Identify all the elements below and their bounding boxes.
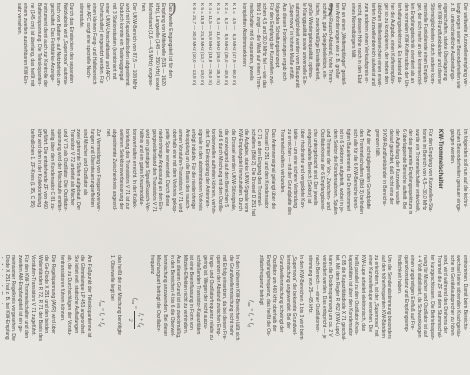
text-line: sche im Gerätelautsprecher zu hören: [448, 255, 455, 372]
text-line: darauf geachtet, daß nicht eins der: [387, 129, 394, 246]
text-line: len Empfangstechnik orientiert als an: [409, 3, 416, 120]
paragraph: Der weltweite Kurzwellenempfang ver-lang…: [349, 3, 468, 120]
text-line: geschaltet. Das Feldstärke-Anzeige-: [48, 3, 55, 120]
text-line: langt wegen seiner Besonderheiten wie: [455, 3, 462, 120]
text-line: schen 4,5 und 30,0 MHz fiel — wie das: [261, 3, 268, 120]
text-line: einen ungünstigen Einfluß auf Fre-: [409, 255, 416, 372]
text-line: gangen werden.: [448, 129, 455, 246]
text-line: Auf der schrägliegenden Grundplatte: [364, 129, 371, 246]
text-line: geführt. Die entstehende ZF von 460: [42, 129, 49, 246]
text-line: lenmischung anzuwenden. Bei dieser: [161, 255, 168, 372]
text-line: eigenschaften, starke Überlagerung: [442, 3, 449, 120]
text-line: gering ist. Wegen der nicht auszu-: [201, 255, 208, 372]
text-line: Die Regelspannung (AVR) wird über: [49, 255, 56, 372]
text-line: Um die Senderabstimmung besonders: [386, 255, 393, 372]
text-line: und V 73 als Oszillator. Die Oszillator-: [62, 129, 69, 246]
text-line: wird mit Kapazitätsdioden abgestimmt.: [124, 3, 131, 120]
text-line: kapazitäten ist über den Kondensator: [346, 255, 353, 372]
scanned-page: ) ) Der weltweite Kurzwellenempfang ver-…: [0, 0, 470, 375]
text-line: des Trommelschalters (Bild 3) befinden: [358, 129, 365, 246]
text-line: Störmöglichkeiten durch andere kom-: [428, 3, 435, 120]
paragraph: Auf der schrägliegenden Grundplattedes T…: [279, 129, 371, 246]
text-line: pelte Spule verwendet. Durch diese: [163, 129, 170, 246]
text-line: melschalter mit 6 separaten, jeweils: [247, 3, 254, 120]
text-line: takte — um eine sichere Verbindung: [292, 129, 299, 246]
text-line: sind Mischer und Oszillator als: [81, 129, 88, 246]
text-line: Empfangsfrequenz, das heißt die Os-: [264, 255, 271, 372]
text-line: 1. Oberwelle liegt bei: [109, 255, 116, 372]
text-line: mit Erfolg einsetzen, da bei diesen Fre-: [221, 255, 228, 372]
text-line: die Glimmlampe LP 453 angeordnet.: [79, 255, 86, 372]
text-line: zweiten AM-Empfangsteil ist ein ge-: [16, 255, 23, 372]
text-line: Diode X 251 hat z. B. bei KW-Empfang: [3, 255, 10, 372]
text-line: Zur Vermeidung von Frequenzverwer-: [95, 129, 102, 246]
text-line: Signal-Rausch-Abstand, hohe Trenn-: [327, 3, 334, 120]
text-line: kHz), Langwelle (148 — 350 kHz) sowie: [153, 3, 160, 120]
text-line: Vorstufen-Transistors V 71 zugeführt.: [29, 255, 36, 372]
text-line: die Aufgabe, die Regelspannung von: [2, 255, 3, 372]
text-line: Grundwellenmischung schwingt der: [277, 255, 284, 372]
text-line: ger so zu konzipieren, der neben den: [382, 3, 389, 120]
text-line: den normalen KW-Kofferradios der Un-: [402, 3, 409, 120]
text-line: reicht, dessen Höhe noch in den Etat: [356, 3, 363, 120]
text-line: ab, die zu Durchschlägen der Vorstu-: [65, 255, 72, 372]
text-line: signale in den abstimmbaren Vorkreis: [196, 129, 203, 246]
text-line: quenzen der Abstand zwischen Emp-: [214, 255, 221, 372]
text-line: + 4 Volt stabilisiert, da Schwankungen: [415, 255, 422, 372]
text-line: ne (145 cm) ist überlang, das heißt mit: [28, 3, 35, 120]
text-line: In den KW-Bereichen 1 bis 3 wird beim: [297, 255, 304, 372]
text-line: Im folgenden soll nun auf die techni-: [461, 129, 468, 246]
text-line: die Aufgabe, starke UKW-Signale vom: [243, 129, 250, 246]
text-line: ger, der sich mehr an der kommerziel-: [415, 3, 422, 120]
table-row: K 2 = 6,2 — 8,5 MHz (35,0 — 48,5 m): [222, 3, 230, 120]
text-column-3: entnommen. Damit beim Bereichs-wechsel k…: [2, 255, 468, 372]
text-line: tionen im Bereich von 4,5—30,0 MHz: [420, 129, 427, 246]
paragraph: Das Antennensignal gelangt über dieDross…: [104, 129, 275, 246]
text-line: einer Kurzwellenlupe versehen. Die: [366, 255, 373, 372]
text-line: Für den KW-Trommelschalter und den: [23, 255, 30, 372]
text-line: Netzkabels wird „Supernova“ automa-: [61, 3, 68, 120]
text-line: Für den Empfang der Kurzwellen zwi-: [267, 3, 274, 120]
text-line: zwei getrennte Stufen aufgebaut. Der: [75, 129, 82, 246]
text-line: sich alle für die 6 KW-Bereiche benö-: [351, 129, 358, 246]
text-line: stimmstufe.: [78, 3, 85, 120]
text-line: her die Aufgabe, einen Kofferempfän-: [389, 3, 396, 120]
table-row: K 3 = 8,4 — 11,6 MHz (26,0 — 35,5 m): [214, 3, 222, 120]
text-line: Batteriespannung. Die Teleskopanten-: [35, 3, 42, 120]
section-heading: KW-Trommelschalter: [437, 129, 443, 246]
text-line: z. B. unterschiedliche Ausbreitungs-: [448, 3, 455, 120]
paragraph: Am Fußpunkt der Teleskopantenne istdie G…: [59, 255, 92, 372]
text-line: Widerständen R 72, R 71 der Basis des: [36, 255, 43, 372]
text-line: Das zweite Eingangsteil ist für den: [166, 3, 173, 120]
text-line: grenzen fällt.: [374, 129, 381, 246]
text-line: kann die Diodenspannung um ca. 2 V: [327, 255, 334, 372]
text-line: findlichkeit haben.: [395, 255, 402, 372]
text-line: nung für Mischer und Oszillator ist auf: [422, 255, 429, 372]
text-line: wurde ein Trommelschalter entwickelt,: [413, 129, 420, 246]
text-line: Das Antennensignal gelangt über die: [269, 129, 276, 246]
text-line: heißt parallel zu den Oszillator-Kreis-: [353, 255, 360, 372]
paragraph: Der UKW-Bereich von 87,5 — 108 MHzwird m…: [78, 3, 137, 120]
text-line: kompletten Abstimmsektoren:: [241, 3, 248, 120]
text-line: wird ein günstiges Signal/Rausch-Ver-: [144, 129, 151, 246]
text-line: auf den höherfrequenten KW-Bändern: [379, 255, 386, 372]
text-line: die Grundwellenmischung nicht mehr: [227, 255, 234, 372]
text-line: lenmischung angewendet. Bei der: [284, 255, 291, 372]
text-line: Die an einen „Weltempfänger“ gestell-: [340, 3, 347, 120]
screenshot-viewport: ) ) Der weltweite Kurzwellenempfang ver-…: [0, 0, 470, 375]
table-brace-mark: ): [170, 3, 182, 18]
text-line: entnommen. Damit beim Bereichs-: [461, 255, 468, 372]
text-line: 6 überlappende Bereiche aufteilt. Bei: [400, 129, 407, 246]
text-line: Empfang von Mittelwelle (515 — 1620: [160, 3, 167, 120]
text-line: Der weltweite Kurzwellenempfang ver-: [461, 3, 468, 120]
text-line: einer UKW-Umschalttaste und AFC-: [104, 3, 111, 120]
text-line: erfolgt induktiv. Für die niederohmige: [190, 129, 197, 246]
text-line: über rhodinierte und vergoldete Kon-: [298, 129, 305, 246]
text-line: Durch das Einstecken des separaten: [68, 3, 75, 120]
text-line: einem zweiten ausziehbaren KW-Ein-: [22, 3, 29, 120]
text-line: stimmung von 25—65 kHz.: [307, 255, 314, 372]
text-line: gangswiderstand des Transistors V 71: [150, 129, 157, 246]
text-line: meinsamer Regelkreis vorgesehen. Die: [10, 255, 17, 372]
text-line: Am Fußpunkt der Teleskopantenne ist: [85, 255, 92, 372]
text-line: satzmöglichkeit werden vom Blaupunkt: [294, 3, 301, 120]
text-line: fache, zweckmäßige Einstellbarkeit,: [313, 3, 320, 120]
paragraph: In den höheren KW-Bereichen läßt sichdie…: [148, 255, 240, 372]
text-line: kHz wird dem in der Kollektorleitung: [35, 129, 42, 246]
text-line: zum anderen einen Verkaufspreis er-: [363, 3, 370, 120]
text-line: Trommel die ZF mit dem Stummschal-: [435, 255, 442, 372]
text-line: wechsel keine störenden Krachgeräu-: [455, 255, 462, 372]
paragraph: Im folgenden soll nun auf die techni-sch…: [448, 129, 468, 246]
text-line: In den höheren KW-Bereichen läßt sich: [234, 255, 241, 372]
text-line: in den Bereichen 4 bis 6 die Oberwel-: [168, 255, 175, 372]
text-line: tet. Mit dem Regler R 452 (KW-Lupe): [333, 255, 340, 372]
text-line: tisch von Batterie- auf Netzbetrieb um-: [55, 3, 62, 120]
text-line: zillatorfrequenz beträgt: [258, 255, 265, 372]
text-line: torleitung des Transistors V 71 ist zur: [124, 129, 131, 246]
text-line: KW-Lupe arbeitet elektronisch, das: [360, 255, 367, 372]
table-row: K 4 = 11,5 — 15,9 MHz (18,8 — 26,0 m): [206, 3, 214, 120]
text-line: eingeschaltete Bereich (Sektor) ist: [305, 129, 312, 246]
text-line: fangs- und Oszillatorfrequenz relativ zu: [208, 255, 215, 372]
text-line: „Supernova“ die bekannte Grundwel-: [291, 255, 298, 372]
text-line: große Wiedergabequalität, optima-: [307, 3, 314, 120]
text-line: quenzkonstanz und Empfangsemp-: [402, 255, 409, 372]
text-line: oberhalb eine mit dem Vorkreis gekop-: [170, 129, 177, 246]
text-line: sind, wird während des Drehens der: [442, 255, 449, 372]
text-line: einen kleinen Fang- und Haltebereich: [91, 3, 98, 120]
text-line: Aus diesen Forderungen ergab sich: [280, 3, 287, 120]
text-line: Trommelschalters verbunden.: [279, 129, 286, 246]
text-line: le Klangqualität sowie universelle Ein-: [300, 3, 307, 120]
text-line: die vorwiegend auf den Bereichen 5: [223, 129, 230, 246]
paragraph: Durch das Einstecken des separatenNetzka…: [15, 3, 74, 120]
text-column-2: Im folgenden soll nun auf die techni-sch…: [2, 129, 468, 246]
text-line: niederohmige Anpassung an den Ein-: [157, 129, 164, 246]
text-line: Drossel D 251 und den Kondensator: [262, 129, 269, 246]
text-line: 9 KW-Rundfunkbänder in Bereichs-: [380, 129, 387, 246]
text-line: fentransistoren führen können.: [59, 255, 66, 372]
text-line: armen Vorstufen-Transistors V 71 wird: [177, 129, 184, 246]
text-line: schließenden Transistor-Kapazitäten: [194, 255, 201, 372]
text-line: instrument dient auch zur Kontrolle der: [42, 3, 49, 120]
text-line: Oszillatorkreise der 6 Empfangsberei-: [318, 129, 325, 246]
formula: fosz =fe + fzf2: [126, 255, 144, 372]
text-line: verändert werden. Das entspricht — je: [320, 255, 327, 372]
text-line: Drehschalter) eingesetzt werden. Für: [97, 3, 104, 120]
text-line: und Trimmer der Vor-, Zwischen- und: [325, 129, 332, 246]
text-line: C 71 an den Eingang des Trommel-: [256, 129, 263, 246]
text-line: Oszillator um 460 kHz oberhalb der: [271, 255, 278, 372]
formula: fosz = fe + fzf: [244, 255, 253, 372]
text-line: Bild 1 zeigt — die Wahl auf einen Trom-: [254, 3, 261, 120]
text-line: terhaltungselektronik. Es bestand da-: [395, 3, 402, 120]
text-line: Mischungsart beträgt die Oszillator-: [155, 255, 162, 372]
text-line: schalters (Bild 2). Die Drossel D 251 ha…: [249, 129, 256, 246]
text-line: die Ge-Diode X 251 und den beiden: [43, 255, 50, 372]
spacer: [173, 3, 189, 120]
text-line: der Aufteilung der Kurzwelle wurde: [394, 129, 401, 246]
text-line: hen.: [140, 3, 147, 120]
paragraph: entnommen. Damit beim Bereichs-wechsel k…: [395, 255, 468, 372]
text-line: Mitzieh-Effekten nicht zu verhindern.: [181, 255, 188, 372]
text-line: satz versehen.: [15, 3, 22, 120]
text-line: tionsverhalten erreicht. In der Kollek-: [131, 129, 138, 246]
text-line: Aus diesem Grund ist es zweckmäßig,: [175, 255, 182, 372]
paragraph: Die Regelspannung (AVR) wird überdie Ge-…: [2, 255, 56, 372]
table-row: K 5 = 15,8 — 21,8 MHz (13,7 — 19,0 m): [198, 3, 206, 120]
text-line: toroberwellen auftreten können, verhin-: [210, 129, 217, 246]
text-line: hältnis und ein gutes Kreuzmodula-: [137, 129, 144, 246]
text-line: folgendes Schaltungskonzept:: [274, 3, 281, 120]
text-line: ten Anforderungen wie z. B. großer: [333, 3, 340, 120]
paragraph: Für den Empfang von Kurzwellen-Sta-tione…: [374, 129, 433, 246]
text-line: dem Sektor die Kondensatoren, Spulen: [331, 129, 338, 246]
text-line: der das gesamte Empfangsspektrum in: [407, 129, 414, 246]
text-line: C 85 die Kapazitätsdiode X 71 geschal-: [340, 255, 347, 372]
paragraph: das heißt die zur Mischung benötigte1. O…: [109, 255, 122, 372]
text-line: ist eine Beeinflussung in Form von: [188, 255, 195, 372]
text-line: Transistor V 72 arbeitet als Mischer: [68, 129, 75, 246]
text-line: das heißt die zur Mischung benötigte: [115, 255, 122, 372]
text-line: KW-Empfangsteil fernzuhalten. Durch: [236, 129, 243, 246]
text-line: zu erreichen — mit der Grundplatte des: [285, 129, 292, 246]
text-line: merzielle Funkdienste einen Empfän-: [422, 3, 429, 120]
text-column-1: ) ) Der weltweite Kurzwellenempfang ver-…: [2, 3, 468, 120]
text-line: spannung wird der Mischstufe emitter-: [55, 129, 62, 246]
text-line: eines Normalbürgers fällt.: [349, 3, 356, 120]
text-line: „Supernova“ in hohem Maße erfüllt.: [287, 3, 294, 120]
text-line: schärfe, gute Spiegelselektion, ein-: [320, 3, 327, 120]
text-line: die Drossel werden UKW-Störsignale,: [229, 129, 236, 246]
text-line: che untergebracht sind. Der jeweils: [312, 129, 319, 246]
text-line: dert. Die Einkopplung der Antennen-: [203, 129, 210, 246]
paragraph: Zur Vermeidung von Frequenzverwer-fungen…: [29, 129, 102, 246]
text-line: terten Kurzwellenbereich aufweist und: [369, 3, 376, 120]
table-row: K 6 = 21,7 — 30,0 MHz (10,0 — 13,8 m): [190, 3, 198, 120]
text-line: Sie leitet evtl. statische Aufladungen: [72, 255, 79, 372]
text-line: Der UKW-Bereich von 87,5 — 108 MHz: [130, 3, 137, 120]
paragraph: Um die Senderabstimmung besondersauf den…: [307, 255, 393, 372]
text-line: und 6 durch Mischung mit den Oszilla-: [216, 129, 223, 246]
table-row: K 1 = 4,5 — 6,3 MHz (47,5 — 66,0 m): [230, 3, 238, 120]
text-line: tigten Bauelemente. Die Drehtrommel: [345, 129, 352, 246]
text-line: weiteren Selektionsverbesserung der: [117, 129, 124, 246]
margin-brace-mark: ): [327, 3, 339, 18]
text-line: schen Besonderheiten genauer einge-: [455, 129, 462, 246]
text-line: nach Bereich — einer Oszillatorver-: [313, 255, 320, 372]
paragraph: Die an einen „Weltempfänger“ gestell-ten…: [241, 3, 347, 120]
paragraph: Das zweite Eingangsteil ist für denEmpfa…: [140, 3, 173, 120]
text-line: frequenz: [148, 255, 155, 372]
text-line: ist in 6 Sektoren aufgeteilt, wobei in j…: [338, 129, 345, 246]
text-line: befindlichen 1. ZF-Kreis (L 95, C 95): [29, 129, 36, 246]
text-line: der AFC sorgt eine spezielle Nach-: [84, 3, 91, 120]
text-line: Für den Empfang von Kurzwellen-Sta-: [427, 129, 434, 246]
text-line: seitig über den Kondensator C 81 zu-: [48, 129, 55, 246]
text-line: Dadurch konnte ein Tastenaggregat: [117, 3, 124, 120]
paragraph: In den KW-Bereichen 1 bis 3 wird beim„Su…: [258, 255, 304, 372]
text-line: zu erleichtern, ist der „Supernova“ mit: [373, 255, 380, 372]
text-line: abgestimmte Zwischenkreis angeord-: [111, 129, 118, 246]
formula: fow = fe + fzf: [96, 255, 105, 372]
text-line: net.: [104, 129, 111, 246]
text-line: mit 3 Stationstasten (kombiniert mit: [110, 3, 117, 120]
text-line: Ankopplung an die Basis des rausch-: [183, 129, 190, 246]
band-table: K 1 = 4,5 — 6,3 MHz (47,5 — 66,0 m)K 2 =…: [190, 3, 238, 120]
text-line: fungen und Übersteuerungseffekten: [88, 129, 95, 246]
text-line: Marineband (1,6 — 4,5 MHz) vorgese-: [146, 3, 153, 120]
text-line: ter kurzgeschlossen. Die Betriebsspan-: [428, 255, 435, 372]
text-line: der KW-Rundfunkbänder und diverse: [435, 3, 442, 120]
text-line: üblichen Wellenbereichen einen erwei-: [376, 3, 383, 120]
